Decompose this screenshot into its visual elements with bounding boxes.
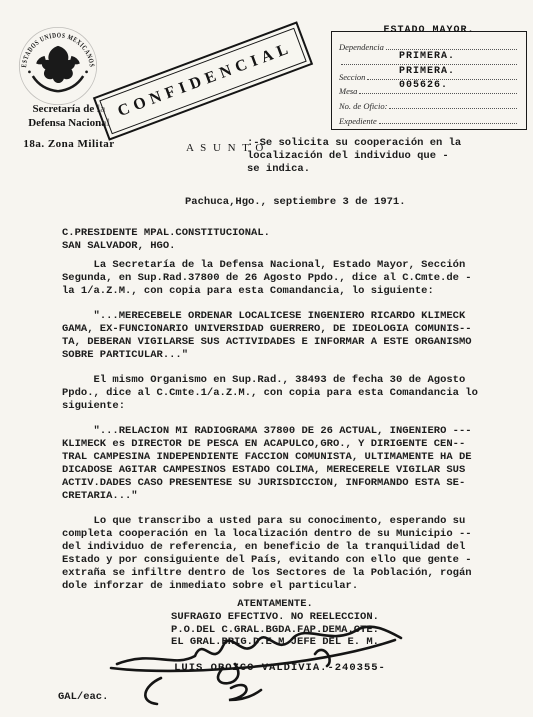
refbox-row-oficio: No. de Oficio: — [339, 99, 519, 111]
confidencial-stamp-inner-border: CONFIDENCIAL — [99, 28, 306, 135]
refbox-value: PRIMERA. — [399, 67, 455, 77]
dotted-leader — [386, 41, 517, 50]
refbox-value: PRIMERA. — [399, 52, 455, 62]
letter-body: La Secretaría de la Defensa Nacional, Es… — [62, 259, 524, 605]
dateline: Pachuca,Hgo., septiembre 3 de 1971. — [185, 196, 406, 209]
closing-atentamente: ATENTAMENTE. — [138, 598, 412, 611]
confidencial-stamp-text: CONFIDENCIAL — [111, 40, 295, 122]
paragraph-second-ref: El mismo Organismo en Sup.Rad., 38493 de… — [62, 374, 524, 413]
mexico-coat-of-arms-icon: ESTADOS UNIDOS MEXICANOS — [16, 22, 100, 110]
refbox-row-blank: PRIMERA. — [339, 55, 519, 67]
dotted-leader — [389, 100, 517, 109]
paragraph-quote-1: "...MERECEBELE ORDENAR LOCALICESE INGENI… — [62, 310, 524, 362]
reference-box-title: ESTADO MAYOR. — [332, 25, 526, 37]
dotted-leader — [379, 115, 517, 124]
reference-box: ESTADO MAYOR. Dependencia PRIMERA. Secci… — [331, 31, 527, 130]
refbox-label: Dependencia — [339, 42, 384, 52]
confidencial-stamp: CONFIDENCIAL — [93, 21, 313, 140]
subject-text: :-Se solicita su cooperación en la local… — [247, 137, 512, 176]
paragraph-quote-2: "...RELACION MI RADIOGRAMA 37800 DE 26 A… — [62, 425, 524, 503]
refbox-label: No. de Oficio: — [339, 101, 387, 111]
refbox-label: Mesa — [339, 86, 357, 96]
refbox-value: 005626. — [399, 81, 448, 91]
refbox-label: Seccion — [339, 72, 365, 82]
closing-jefe: EL GRAL.BRIG.D.E.M.JEFE DEL E. M. — [138, 636, 412, 649]
closing-po: P.O.DEL C.GRAL.BGDA.FAP.DEMA.CTE. — [138, 624, 412, 637]
refbox-label: Expediente — [339, 116, 377, 126]
closing-block: ATENTAMENTE. SUFRAGIO EFECTIVO. NO REELE… — [138, 598, 412, 649]
paragraph-request: Lo que transcribo a usted para su conoci… — [62, 515, 524, 593]
refbox-row-mesa: Mesa 005626. — [339, 84, 519, 96]
signatory-name: LUIS OROZCO VALDIVIA.-240355- — [140, 662, 420, 675]
closing-sufragio: SUFRAGIO EFECTIVO. NO REELECCION. — [138, 611, 412, 624]
addressee-block: C.PRESIDENTE MPAL.CONSTITUCIONAL. SAN SA… — [62, 227, 270, 253]
reference-box-rows: Dependencia PRIMERA. Seccion PRIMERA. Me… — [339, 40, 519, 126]
typist-initials: GAL/eac. — [58, 691, 108, 704]
refbox-row-expediente: Expediente — [339, 114, 519, 126]
national-seal: ESTADOS UNIDOS MEXICANOS — [16, 22, 100, 110]
paragraph-intro: La Secretaría de la Defensa Nacional, Es… — [62, 259, 524, 298]
scanned-letter-page: ESTADOS UNIDOS MEXICANOS Secretaría de l… — [0, 0, 533, 717]
